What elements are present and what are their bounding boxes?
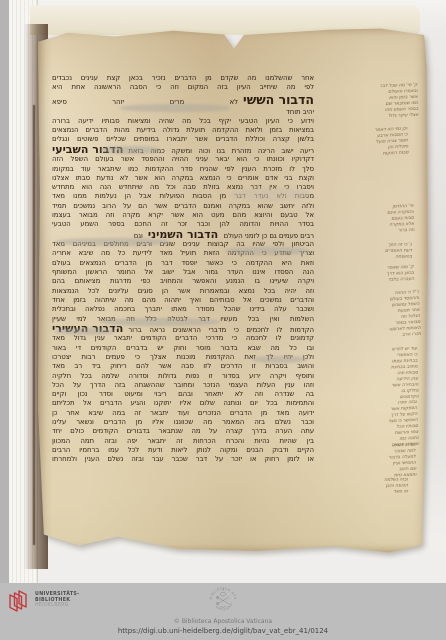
margin-note-block: פי' ההזדמןוהמקרה אינםסבות בעצםאלא במקרהו… xyxy=(349,204,414,236)
binding-gutter-line xyxy=(33,105,35,545)
margin-note-block: נ' כי זה הפךדעת האומריםבהשגחה xyxy=(352,242,412,261)
faded-text-smudge xyxy=(120,104,230,112)
copyright-text: © Biblioteca Apostolica Vaticana xyxy=(0,618,446,625)
margin-note-block: ר'ל כי ההויהוההפסד בעולםהשפל נמשכיםאחר ת… xyxy=(337,290,421,342)
margin-note-block: וכן נמי הא דאמרכי הסבות ארבעחומר צורה פו… xyxy=(345,126,408,159)
ub-heidelberg-book-icon xyxy=(8,590,30,614)
margin-note-block: ק' פי' מה שכל דברובאמרו והעולםאשר בזמן ו… xyxy=(351,83,418,121)
image-url-link[interactable]: https://digi.ub.uni-heidelberg.de/diglit… xyxy=(0,627,446,635)
faded-text-smudge xyxy=(252,356,307,363)
seal-text-top: BIBLIOTECA APOSTOLICA xyxy=(208,585,238,600)
logo-line-1: UNIVERSITÄTS- xyxy=(35,592,79,598)
manuscript-page: אחר שהשלמנו מה שקדם מן הדברים נזכיר בכאן… xyxy=(36,26,428,554)
vatican-seal-icon: BIBLIOTECA APOSTOLICA VATICANA xyxy=(208,585,238,621)
faded-text-smudge xyxy=(225,247,310,255)
seal-text-bottom: VATICANA xyxy=(215,602,233,612)
faded-text-smudge xyxy=(55,328,115,335)
logo-line-3: HEIDELBERG xyxy=(35,603,79,609)
margin-note-block: עוד יש לפרשכי האפשריבבחינת עצמומחויב בבח… xyxy=(333,347,419,404)
faded-text-smudge xyxy=(100,146,160,154)
faded-text-smudge xyxy=(230,188,310,201)
svg-text:VATICANA: VATICANA xyxy=(215,602,233,612)
library-logo-text: UNIVERSITÄTS- BIBLIOTHEK HEIDELBERG xyxy=(35,590,79,614)
library-logo: UNIVERSITÄTS- BIBLIOTHEK HEIDELBERG xyxy=(8,590,79,614)
manuscript-scan-photo: אחר שהשלמנו מה שקדם מן הדברים נזכיר בכאן… xyxy=(0,0,446,583)
faded-text-smudge xyxy=(55,238,170,246)
photo-left-edge xyxy=(0,0,9,583)
watermark-footer: UNIVERSITÄTS- BIBLIOTHEK HEIDELBERG BIBL… xyxy=(0,583,446,640)
svg-text:BIBLIOTECA APOSTOLICA: BIBLIOTECA APOSTOLICA xyxy=(208,585,238,600)
margin-note-block: ובזה נשלמההכוונה והבןזה מאד xyxy=(344,477,408,496)
faded-text-smudge xyxy=(100,318,220,326)
margin-notes-column: ק' פי' מה שכל דברובאמרו והעולםאשר בזמן ו… xyxy=(36,26,428,554)
margin-note-block: גם זה ראיהלמה שנזכרלמעלה בדבורהחמישי ועי… xyxy=(339,443,416,482)
margin-note-block: ק' ומה שאמרבכאן הוא דרךהעברה בלבד xyxy=(348,265,415,285)
